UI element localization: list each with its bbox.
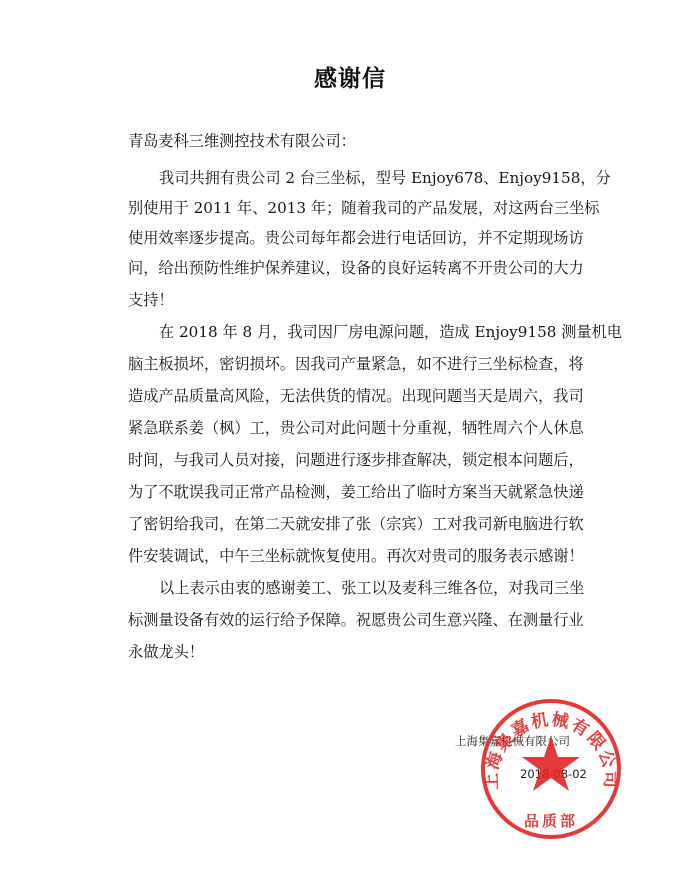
- body-line: 使用效率逐步提高。贵公司每年都会进行电话回访，并不定期现场访: [128, 228, 584, 248]
- body-line: 了密钥给我司，在第二天就安排了张（宗宾）工对我司新电脑进行软: [128, 514, 584, 534]
- body-line: 在 2018 年 8 月，我司因厂房电源问题，造成 Enjoy9158 测量机电: [159, 322, 622, 342]
- body-line: 时间，与我司人员对接，问题进行逐步排查解决，锁定根本问题后，: [128, 450, 584, 470]
- body-line: 件安装调试，中午三坐标就恢复使用。再次对贵司的服务表示感谢！: [128, 546, 584, 566]
- letter-title: 感谢信: [0, 60, 700, 93]
- body-line: 我司共拥有贵公司 2 台三坐标，型号 Enjoy678、Enjoy9158，分: [159, 168, 611, 188]
- salutation: 青岛麦科三维测控技术有限公司：: [128, 130, 356, 151]
- letter-page: 感谢信 青岛麦科三维测控技术有限公司： 我司共拥有贵公司 2 台三坐标，型号 E…: [0, 0, 700, 880]
- body-line: 脑主板损坏，密钥损坏。因我司产量紧急，如不进行三坐标检查，将: [128, 354, 584, 374]
- body-line: 永做龙头！: [128, 642, 204, 662]
- body-line: 支持！: [128, 290, 174, 310]
- signature-date: 2018-08-02: [520, 767, 587, 781]
- body-line: 别使用于 2011 年、2013 年；随着我司的产品发展，对这两台三坐标: [128, 198, 599, 218]
- body-line: 以上表示由衷的感谢姜工、张工以及麦科三维各位，对我司三坐: [159, 578, 584, 598]
- body-line: 为了不耽误我司正常产品检测，姜工给出了临时方案当天就紧急快递: [128, 482, 584, 502]
- body-line: 造成产品质量高风险，无法供货的情况。出现问题当天是周六，我司: [128, 386, 584, 406]
- body-line: 紧急联系姜（枫）工，贵公司对此问题十分重视，牺牲周六个人休息: [128, 418, 584, 438]
- signature-company: 上海集嘉机械有限公司: [455, 733, 570, 749]
- body-line: 问，给出预防性维护保养建议，设备的良好运转离不开贵公司的大力: [128, 258, 584, 278]
- seal-department-text: 品质部: [524, 812, 578, 830]
- body-line: 标测量设备有效的运行给予保障。祝愿贵公司生意兴隆、在测量行业: [128, 610, 584, 630]
